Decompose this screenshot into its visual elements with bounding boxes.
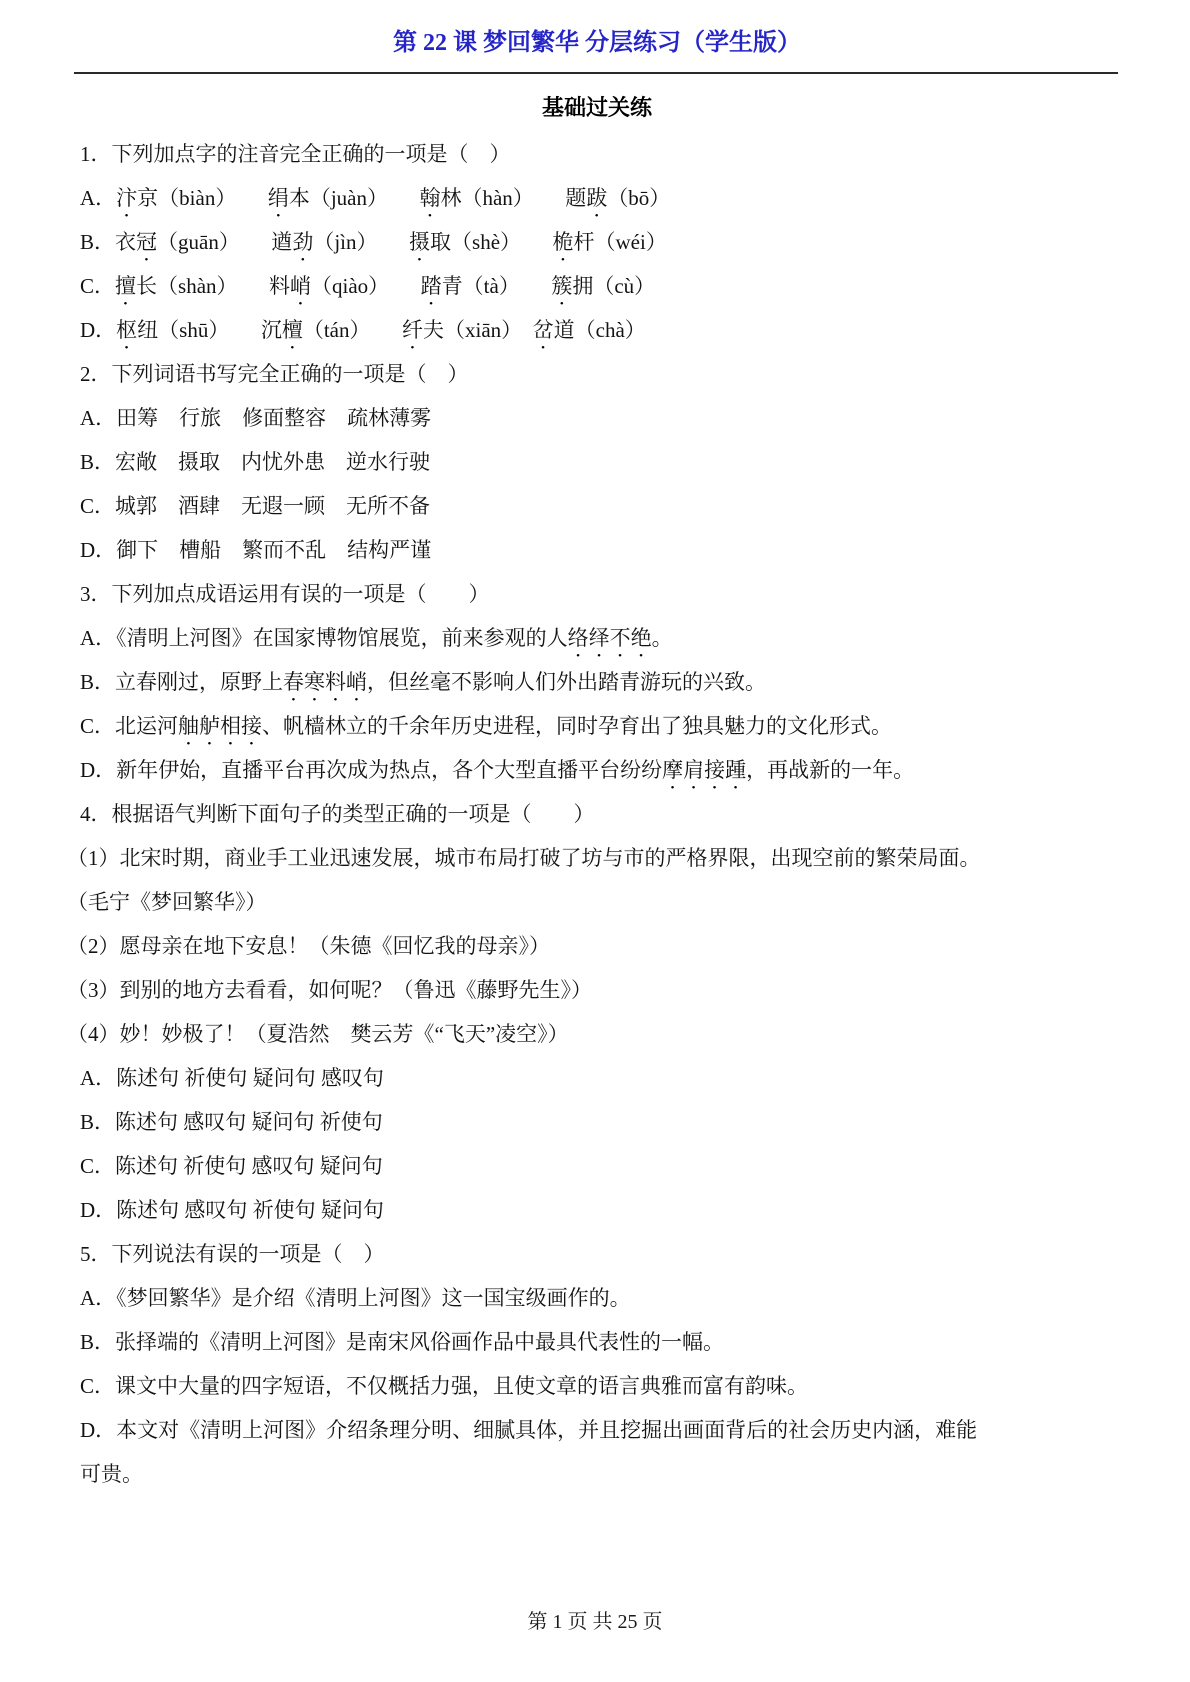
q3-option-d: D．新年伊始，直播平台再次成为热点，各个大型直播平台纷纷摩肩接踵，再战新的一年。: [80, 748, 1114, 792]
question-list: 1．下列加点字的注音完全正确的一项是（ ）A．汴京（biàn） 绢本（juàn）…: [80, 132, 1114, 1496]
text-segment: D．新年伊始，直播平台再次成为热点，各个大型直播平台纷纷: [80, 758, 662, 782]
emphasis-dotted-text: 檀: [282, 318, 303, 342]
text-segment: ，但丝毫不影响人们外出踏青游玩的兴致。: [367, 670, 766, 694]
page-footer: 第 1 页 共 25 页: [0, 1605, 1190, 1634]
q2-option-a: A．田筹 行旅 修面整容 疏林薄雾: [80, 396, 1114, 440]
q4-option-a: A．陈述句 祈使句 疑问句 感叹句: [80, 1056, 1114, 1100]
emphasis-dotted-text: 翰: [419, 186, 440, 210]
emphasis-dotted-text: 春寒料峭: [283, 670, 367, 694]
text-segment: （tán）: [303, 318, 402, 342]
text-segment: C．城郭 酒肆 无遐一顾 无所不备: [80, 494, 430, 518]
emphasis-dotted-text: 擅: [115, 274, 136, 298]
text-segment: 拥（cù）: [572, 274, 655, 298]
emphasis-dotted-text: 岔: [533, 318, 554, 342]
emphasis-dotted-text: 簇: [551, 274, 572, 298]
text-segment: （jìn）: [313, 230, 409, 254]
text-segment: D．: [80, 318, 116, 342]
q1-option-b: B．衣冠（guān） 遒劲（jìn） 摄取（shè） 桅杆（wéi）: [80, 220, 1114, 264]
doc-title: 第 22 课 梦回繁华 分层练习（学生版）: [80, 28, 1114, 58]
q5-option-d-cont: 可贵。: [80, 1452, 1114, 1496]
text-segment: 长（shàn） 料: [136, 274, 290, 298]
q3-option-a: A．《清明上河图》在国家博物馆展览，前来参观的人络绎不绝。: [80, 616, 1114, 660]
text-segment: 2．下列词语书写完全正确的一项是（ ）: [80, 362, 469, 386]
text-segment: 5．下列说法有误的一项是（ ）: [80, 1242, 385, 1266]
text-segment: 道（chà）: [554, 318, 646, 342]
q5-option-d: D．本文对《清明上河图》介绍条理分明、细腻具体，并且挖掘出画面背后的社会历史内涵…: [80, 1408, 1114, 1452]
emphasis-dotted-text: 舳舻相接: [178, 714, 262, 738]
text-segment: 杆（wéi）: [574, 230, 667, 254]
text-segment: C．课文中大量的四字短语，不仅概括力强，且使文章的语言典雅而富有韵味。: [80, 1374, 808, 1398]
text-segment: （3）到别的地方去看看，如何呢？（鲁迅《藤野先生》）: [67, 978, 592, 1002]
emphasis-dotted-text: 汴: [116, 186, 137, 210]
question-1: 1．下列加点字的注音完全正确的一项是（ ）: [80, 132, 1114, 176]
emphasis-dotted-text: 摄: [409, 230, 430, 254]
text-segment: 3．下列加点成语运用有误的一项是（ ）: [80, 582, 490, 606]
q2-option-c: C．城郭 酒肆 无遐一顾 无所不备: [80, 484, 1114, 528]
text-segment: A．: [80, 186, 116, 210]
text-segment: （bō）: [607, 186, 670, 210]
text-segment: （4）妙！妙极了！（夏浩然 樊云芳《“飞天”凌空》）: [67, 1022, 569, 1046]
question-3: 3．下列加点成语运用有误的一项是（ ）: [80, 572, 1114, 616]
emphasis-dotted-text: 纤: [402, 318, 423, 342]
q4-option-c: C．陈述句 祈使句 感叹句 疑问句: [80, 1144, 1114, 1188]
q3-option-b: B．立春刚过，原野上春寒料峭，但丝毫不影响人们外出踏青游玩的兴致。: [80, 660, 1114, 704]
text-segment: （毛宁《梦回繁华》）: [67, 890, 267, 914]
question-5: 5．下列说法有误的一项是（ ）: [80, 1232, 1114, 1276]
text-segment: B．陈述句 感叹句 疑问句 祈使句: [80, 1110, 383, 1134]
worksheet-page: 第 22 课 梦回繁华 分层练习（学生版） 基础过关练 1．下列加点字的注音完全…: [0, 0, 1190, 1682]
text-segment: C．北运河: [80, 714, 178, 738]
text-segment: ，再战新的一年。: [746, 758, 914, 782]
text-segment: B．衣: [80, 230, 136, 254]
emphasis-dotted-text: 摩肩接踵: [662, 758, 746, 782]
q2-option-d: D．御下 槽船 繁而不乱 结构严谨: [80, 528, 1114, 572]
text-segment: （guān） 遒: [157, 230, 292, 254]
text-segment: A．《清明上河图》在国家博物馆展览，前来参观的人: [80, 626, 568, 650]
emphasis-dotted-text: 桅: [553, 230, 574, 254]
q4-item-1-source: （毛宁《梦回繁华》）: [67, 880, 1114, 924]
emphasis-dotted-text: 峭: [290, 274, 311, 298]
q5-option-b: B．张择端的《清明上河图》是南宋风俗画作品中最具代表性的一幅。: [80, 1320, 1114, 1364]
text-segment: C．陈述句 祈使句 感叹句 疑问句: [80, 1154, 383, 1178]
text-segment: （2）愿母亲在地下安息！（朱德《回忆我的母亲》）: [67, 934, 550, 958]
emphasis-dotted-text: 跋: [586, 186, 607, 210]
emphasis-dotted-text: 绢: [268, 186, 289, 210]
emphasis-dotted-text: 枢: [116, 318, 137, 342]
text-segment: C．: [80, 274, 115, 298]
q1-option-a: A．汴京（biàn） 绢本（juàn） 翰林（hàn） 题跋（bō）: [80, 176, 1114, 220]
q5-option-c: C．课文中大量的四字短语，不仅概括力强，且使文章的语言典雅而富有韵味。: [80, 1364, 1114, 1408]
q5-option-a: A．《梦回繁华》是介绍《清明上河图》这一国宝级画作的。: [80, 1276, 1114, 1320]
emphasis-dotted-text: 踏: [421, 274, 442, 298]
emphasis-dotted-text: 络绎不绝: [568, 626, 652, 650]
question-4: 4．根据语气判断下面句子的类型正确的一项是（ ）: [80, 792, 1114, 836]
text-segment: D．陈述句 感叹句 祈使句 疑问句: [80, 1198, 384, 1222]
q4-option-b: B．陈述句 感叹句 疑问句 祈使句: [80, 1100, 1114, 1144]
text-segment: D．御下 槽船 繁而不乱 结构严谨: [80, 538, 431, 562]
text-segment: 本（juàn）: [289, 186, 420, 210]
title-divider: [74, 72, 1118, 74]
text-segment: 取（shè）: [430, 230, 553, 254]
q1-option-d: D．枢纽（shū） 沉檀（tán） 纤夫（xiān） 岔道（chà）: [80, 308, 1114, 352]
q1-option-c: C．擅长（shàn） 料峭（qiào） 踏青（tà） 簇拥（cù）: [80, 264, 1114, 308]
q3-option-c: C．北运河舳舻相接、帆樯林立的千余年历史进程，同时孕育出了独具魅力的文化形式。: [80, 704, 1114, 748]
q4-item-3: （3）到别的地方去看看，如何呢？（鲁迅《藤野先生》）: [67, 968, 1114, 1012]
question-2: 2．下列词语书写完全正确的一项是（ ）: [80, 352, 1114, 396]
q4-option-d: D．陈述句 感叹句 祈使句 疑问句: [80, 1188, 1114, 1232]
text-segment: 、帆樯林立的千余年历史进程，同时孕育出了独具魅力的文化形式。: [262, 714, 892, 738]
emphasis-dotted-text: 冠: [136, 230, 157, 254]
q4-item-4: （4）妙！妙极了！（夏浩然 樊云芳《“飞天”凌空》）: [67, 1012, 1114, 1056]
text-segment: B．宏敞 摄取 内忧外患 逆水行驶: [80, 450, 430, 474]
text-segment: （qiào）: [311, 274, 421, 298]
text-segment: 纽（shū） 沉: [137, 318, 282, 342]
text-segment: A．田筹 行旅 修面整容 疏林薄雾: [80, 406, 431, 430]
text-segment: 4．根据语气判断下面句子的类型正确的一项是（ ）: [80, 802, 595, 826]
text-segment: 青（tà）: [442, 274, 552, 298]
text-segment: A．陈述句 祈使句 疑问句 感叹句: [80, 1066, 384, 1090]
text-segment: 可贵。: [80, 1462, 143, 1486]
text-segment: （1）北宋时期，商业手工业迅速发展，城市布局打破了坊与市的严格界限，出现空前的繁…: [67, 846, 981, 870]
q2-option-b: B．宏敞 摄取 内忧外患 逆水行驶: [80, 440, 1114, 484]
text-segment: 1．下列加点字的注音完全正确的一项是（ ）: [80, 142, 511, 166]
text-segment: B．张择端的《清明上河图》是南宋风俗画作品中最具代表性的一幅。: [80, 1330, 724, 1354]
text-segment: 林（hàn） 题: [440, 186, 586, 210]
text-segment: D．本文对《清明上河图》介绍条理分明、细腻具体，并且挖掘出画面背后的社会历史内涵…: [80, 1418, 977, 1442]
text-segment: A．《梦回繁华》是介绍《清明上河图》这一国宝级画作的。: [80, 1286, 631, 1310]
text-segment: 夫（xiān）: [423, 318, 533, 342]
q4-item-2: （2）愿母亲在地下安息！（朱德《回忆我的母亲》）: [67, 924, 1114, 968]
text-segment: 京（biàn）: [137, 186, 268, 210]
q4-item-1: （1）北宋时期，商业手工业迅速发展，城市布局打破了坊与市的严格界限，出现空前的繁…: [67, 836, 1114, 880]
section-heading: 基础过关练: [80, 94, 1114, 122]
text-segment: 。: [652, 626, 673, 650]
emphasis-dotted-text: 劲: [292, 230, 313, 254]
text-segment: B．立春刚过，原野上: [80, 670, 283, 694]
